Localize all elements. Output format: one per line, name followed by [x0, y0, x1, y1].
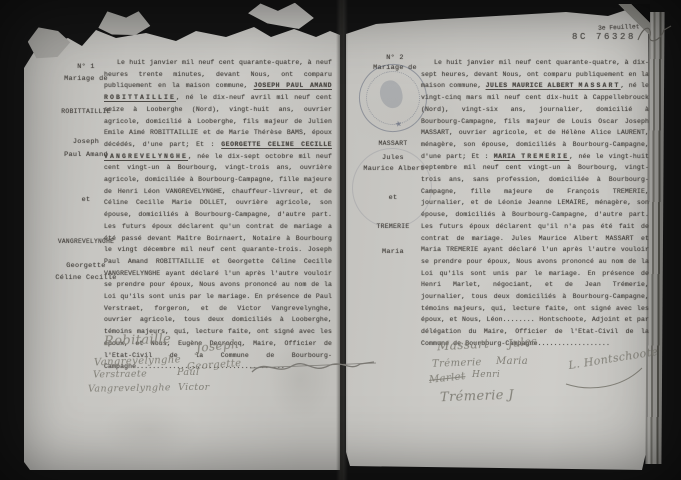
signature: Paul [177, 367, 199, 378]
act2-et-label: et [362, 194, 424, 202]
mayor-flourish-icon [248, 354, 378, 380]
act2-groom-given: Jules [362, 154, 424, 162]
signature: Trémerie [432, 357, 482, 370]
paraph-icon [634, 20, 674, 48]
act2-bride-surname: TREMERIE [356, 223, 430, 230]
act1-body-text: Le huit janvier mil neuf cent quarante-q… [104, 57, 332, 373]
torn-fragment [247, 0, 314, 29]
signature: Trémerie J [440, 388, 514, 406]
hontschoote-flourish-icon [560, 362, 650, 392]
signature: Vangrevelynghe [88, 382, 171, 394]
signature: Maria [496, 356, 528, 367]
signature: Massart [437, 337, 490, 354]
act2-groom-surname: MASSART [360, 140, 426, 147]
act2-body-text: Le huit janvier mil neuf cent quarante-q… [421, 57, 649, 350]
signature: Verstraete [93, 369, 147, 381]
serial-number-stamp: 8C 76328 [572, 32, 636, 42]
signature: Victor [178, 382, 210, 393]
signature: Henri [472, 370, 500, 380]
act2-number: N° 2 [368, 54, 422, 62]
signature: Jules [507, 335, 537, 350]
signature: Robitaille [104, 332, 172, 349]
act2-bride-given: Maria [362, 248, 424, 256]
registry-scan: 3e Feuillet 8C 76328 N° 1 Mariage de ROB… [0, 0, 681, 480]
